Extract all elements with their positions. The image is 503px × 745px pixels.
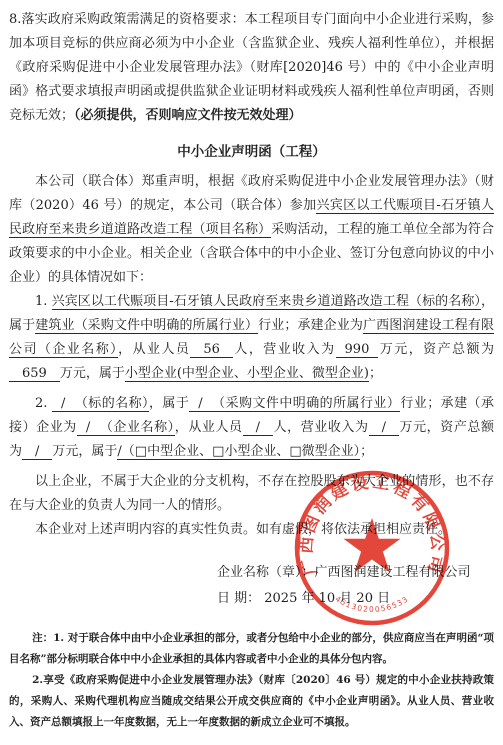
notes-section: 注：1. 对于联合体中由中小企业承担的部分，或者分包给中小企业的部分，供应商应当… [9, 628, 494, 733]
item1-seg-assets: 万元，资产总额为 [378, 342, 494, 357]
item2-seg-staff: ，从业人员 [175, 420, 243, 435]
item2-seg-type: 万元，属于 [52, 444, 117, 459]
item2-company-name: （企业名称） [99, 420, 175, 436]
signature-date-line: 日 期： 2025 年 10 月 20 日 [217, 586, 494, 612]
item1-assets-value: 659 [9, 366, 60, 382]
signature-date-label: 日 期： [217, 591, 264, 606]
item1-seg-revenue: 人，营业收入为 [233, 342, 336, 357]
document-page: 8.落实政府采购政策需满足的资格要求：本工程项目专门面向中小企业进行采购，参加本… [0, 0, 503, 745]
item2-revenue-slash: / [369, 420, 399, 436]
clause-8-bold-note: （必须提供，否则响应文件按无效处理） [74, 108, 302, 123]
item2-company-slash: / [77, 420, 99, 436]
document-title: 中小企业声明函（工程） [9, 140, 494, 164]
item1-revenue-value: 990 [336, 342, 379, 358]
item1-number: 1. [35, 294, 52, 309]
item1-seg-end: ； [369, 366, 382, 381]
closing-paragraph-1: 以上企业，不属于大企业的分支机构，不存在控股股东为大企业的情形，也不存在与大企业… [9, 470, 494, 518]
item1-staff-count: 56 [190, 342, 233, 358]
item2-industry-slash: / [189, 396, 211, 412]
enterprise-item-2: 2. /（标的名称），属于/（采购文件中明确的所属行业）行业；承建（承接）企业为… [9, 392, 494, 464]
item2-subject-slash: / [52, 396, 74, 412]
note-2: 2.享受《政府采购促进中小企业发展管理办法》（财库〔2020〕46 号）规定的中… [9, 670, 494, 733]
item1-subject-name: 兴宾区以工代赈项目-石牙镇人民政府至来贵乡道道路改造工程（标的名称） [52, 294, 481, 310]
signature-block: 企业名称（章）：广西图润建设工程有限公司 日 期： 2025 年 10 月 20… [217, 560, 494, 612]
item2-enterprise-type: /（□中型企业、□小型企业、□微型企业） [117, 444, 360, 460]
item1-seg-industry: 行业；承建企业为 [258, 318, 363, 333]
item1-enterprise-type: 小型企业(中型企业、小型企业、微型企业) [125, 366, 369, 382]
note-1: 注：1. 对于联合体中由中小企业承担的部分，或者分包给中小企业的部分，供应商应当… [9, 628, 494, 670]
item2-staff-slash: / [243, 420, 273, 436]
signature-date-value: 2025 年 10 月 20 日 [264, 591, 390, 606]
item2-number: 2. [35, 396, 52, 411]
signature-company-line: 企业名称（章）：广西图润建设工程有限公司 [217, 560, 494, 586]
item2-seg-belong: ，属于 [149, 396, 189, 411]
item1-industry: 建筑业（采购文件中明确的所属行业） [35, 318, 258, 334]
signature-company-label: 企业名称（章）： [217, 565, 315, 580]
clause-8-text: 8.落实政府采购政策需满足的资格要求：本工程项目专门面向中小企业进行采购，参加本… [9, 12, 494, 123]
clause-8-paragraph: 8.落实政府采购政策需满足的资格要求：本工程项目专门面向中小企业进行采购，参加本… [9, 8, 494, 128]
item2-industry: （采购文件中明确的所属行业） [212, 396, 401, 412]
intro-paragraph: 本公司（联合体）郑重声明，根据《政府采购促进中小企业发展管理办法》（财库（202… [9, 170, 494, 290]
item2-seg-end: ； [360, 444, 373, 459]
item1-seg-staff: ，从业人员 [118, 342, 190, 357]
closing-paragraph-2: 本企业对上述声明内容的真实性负责。如有虚假，将依法承担相应责任。 [9, 518, 494, 542]
item2-subject-name: （标的名称） [74, 396, 149, 412]
enterprise-item-1: 1. 兴宾区以工代赈项目-石牙镇人民政府至来贵乡道道路改造工程（标的名称），属于… [9, 290, 494, 386]
signature-company-value: 广西图润建设工程有限公司 [315, 565, 471, 580]
item1-seg-type: 万元，属于 [60, 366, 125, 381]
item2-seg-revenue: 人，营业收入为 [273, 420, 369, 435]
item2-assets-slash: / [22, 444, 52, 460]
